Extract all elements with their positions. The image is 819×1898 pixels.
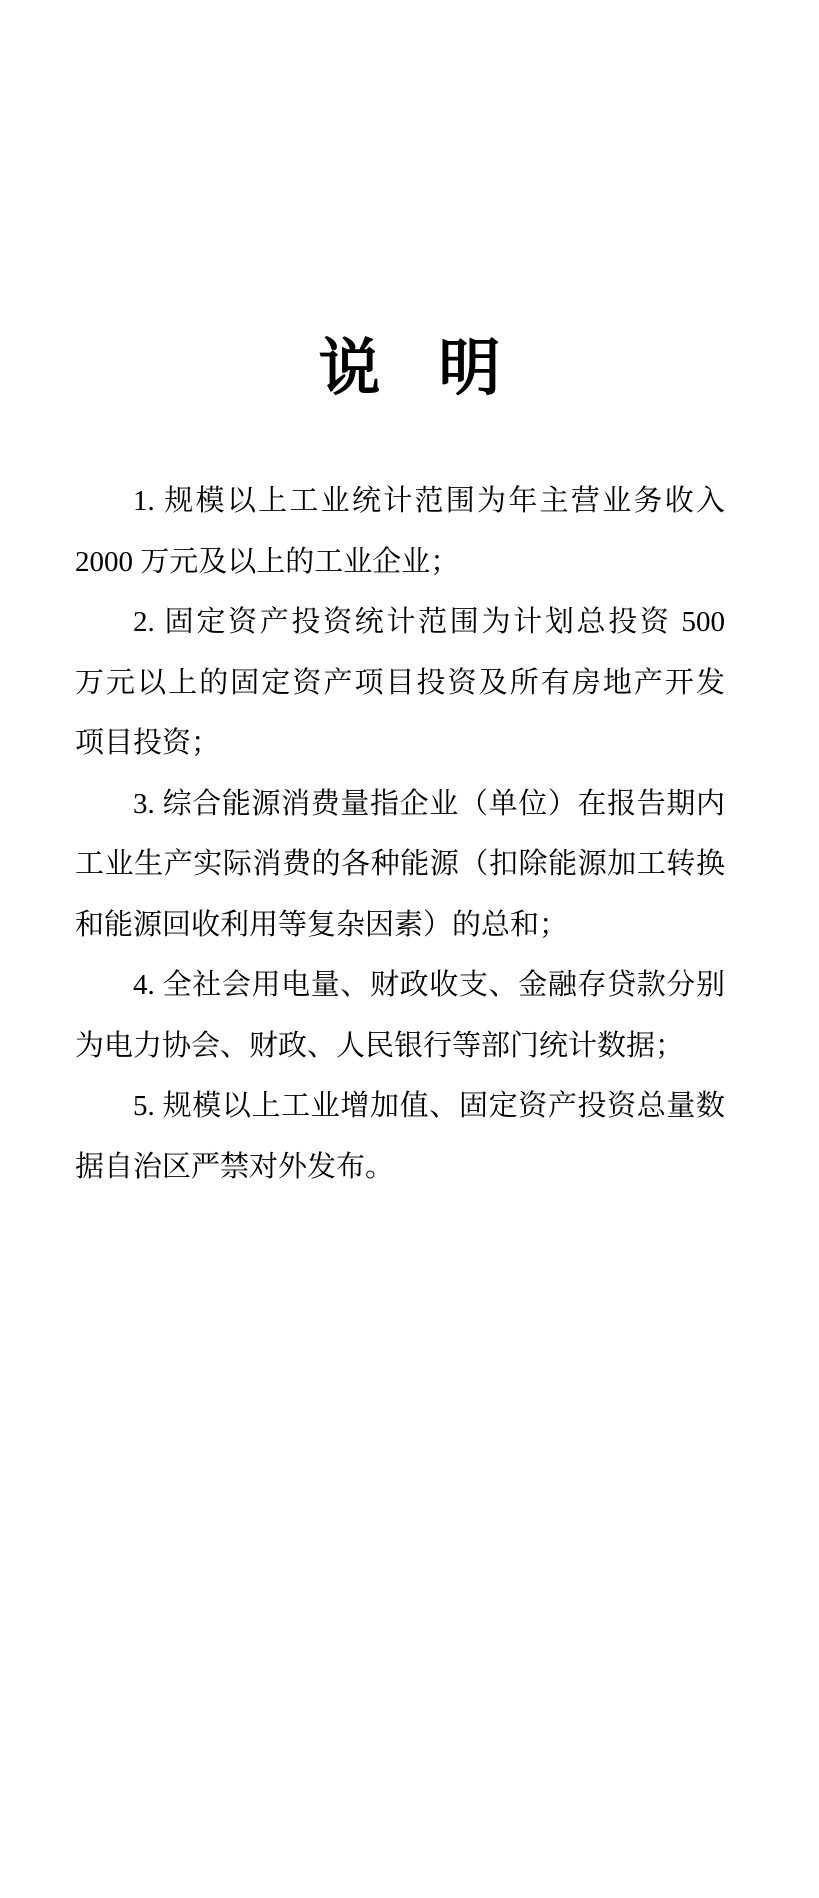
note-3-line-1: 3. 综合能源消费量指企业（单位）在报告期内 [75,774,725,835]
document-page: 说 明 1. 规模以上工业统计范围为年主营业务收入 2000 万元及以上的工业企… [0,0,819,1898]
note-4-line-1: 4. 全社会用电量、财政收支、金融存贷款分别 [75,955,725,1016]
note-1-line-2: 2000 万元及以上的工业企业； [75,532,725,593]
title-char-1: 说 [318,338,380,400]
note-2-line-3: 项目投资； [75,713,725,774]
notes-body: 1. 规模以上工业统计范围为年主营业务收入 2000 万元及以上的工业企业； 2… [75,471,725,1197]
note-3-line-3: 和能源回收利用等复杂因素）的总和； [75,895,725,956]
note-4-line-2: 为电力协会、财政、人民银行等部门统计数据； [75,1016,725,1077]
note-2-line-1: 2. 固定资产投资统计范围为计划总投资 500 [75,592,725,653]
page-title: 说 明 [0,338,819,400]
note-3-line-2: 工业生产实际消费的各种能源（扣除能源加工转换 [75,834,725,895]
note-5-line-1: 5. 规模以上工业增加值、固定资产投资总量数 [75,1076,725,1137]
note-5-line-2: 据自治区严禁对外发布。 [75,1137,725,1198]
note-1-line-1: 1. 规模以上工业统计范围为年主营业务收入 [75,471,725,532]
title-char-2: 明 [439,338,501,400]
note-2-line-2: 万元以上的固定资产项目投资及所有房地产开发 [75,653,725,714]
